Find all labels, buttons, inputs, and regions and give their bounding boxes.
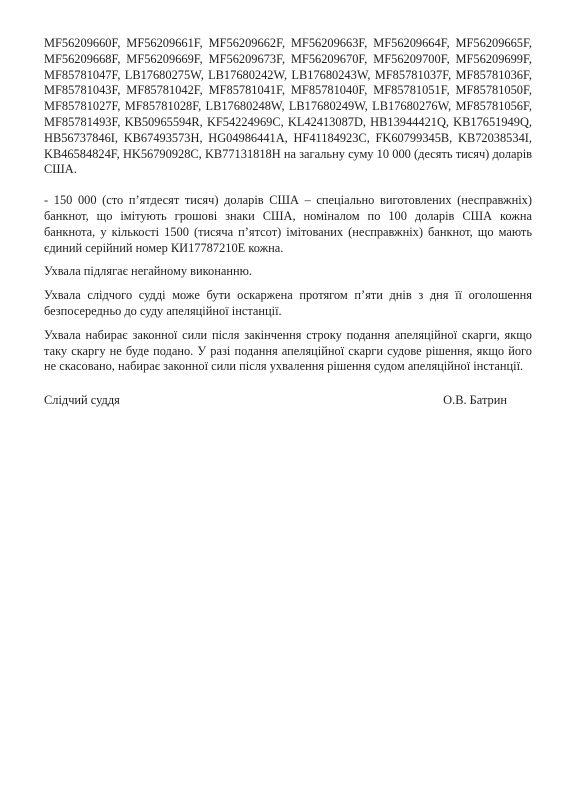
signature-name: О.В. Батрин [443,393,507,409]
legal-force-paragraph: Ухвала набирає законної сили після закін… [44,328,532,375]
signature-row: Слідчий суддя О.В. Батрин [44,393,532,409]
serial-numbers-paragraph: MF56209660F, MF56209661F, MF56209662F, M… [44,36,532,178]
signature-title: Слідчий суддя [44,393,120,409]
counterfeit-banknotes-paragraph: - 150 000 (сто п’ятдесят тисяч) доларів … [44,193,532,256]
document-page: MF56209660F, MF56209661F, MF56209662F, M… [0,0,565,800]
immediate-execution-paragraph: Ухвала підлягає негайному виконанню. [44,264,532,280]
appeal-period-paragraph: Ухвала слідчого судді може бути оскаржен… [44,288,532,320]
document-body: MF56209660F, MF56209661F, MF56209662F, M… [44,36,532,409]
